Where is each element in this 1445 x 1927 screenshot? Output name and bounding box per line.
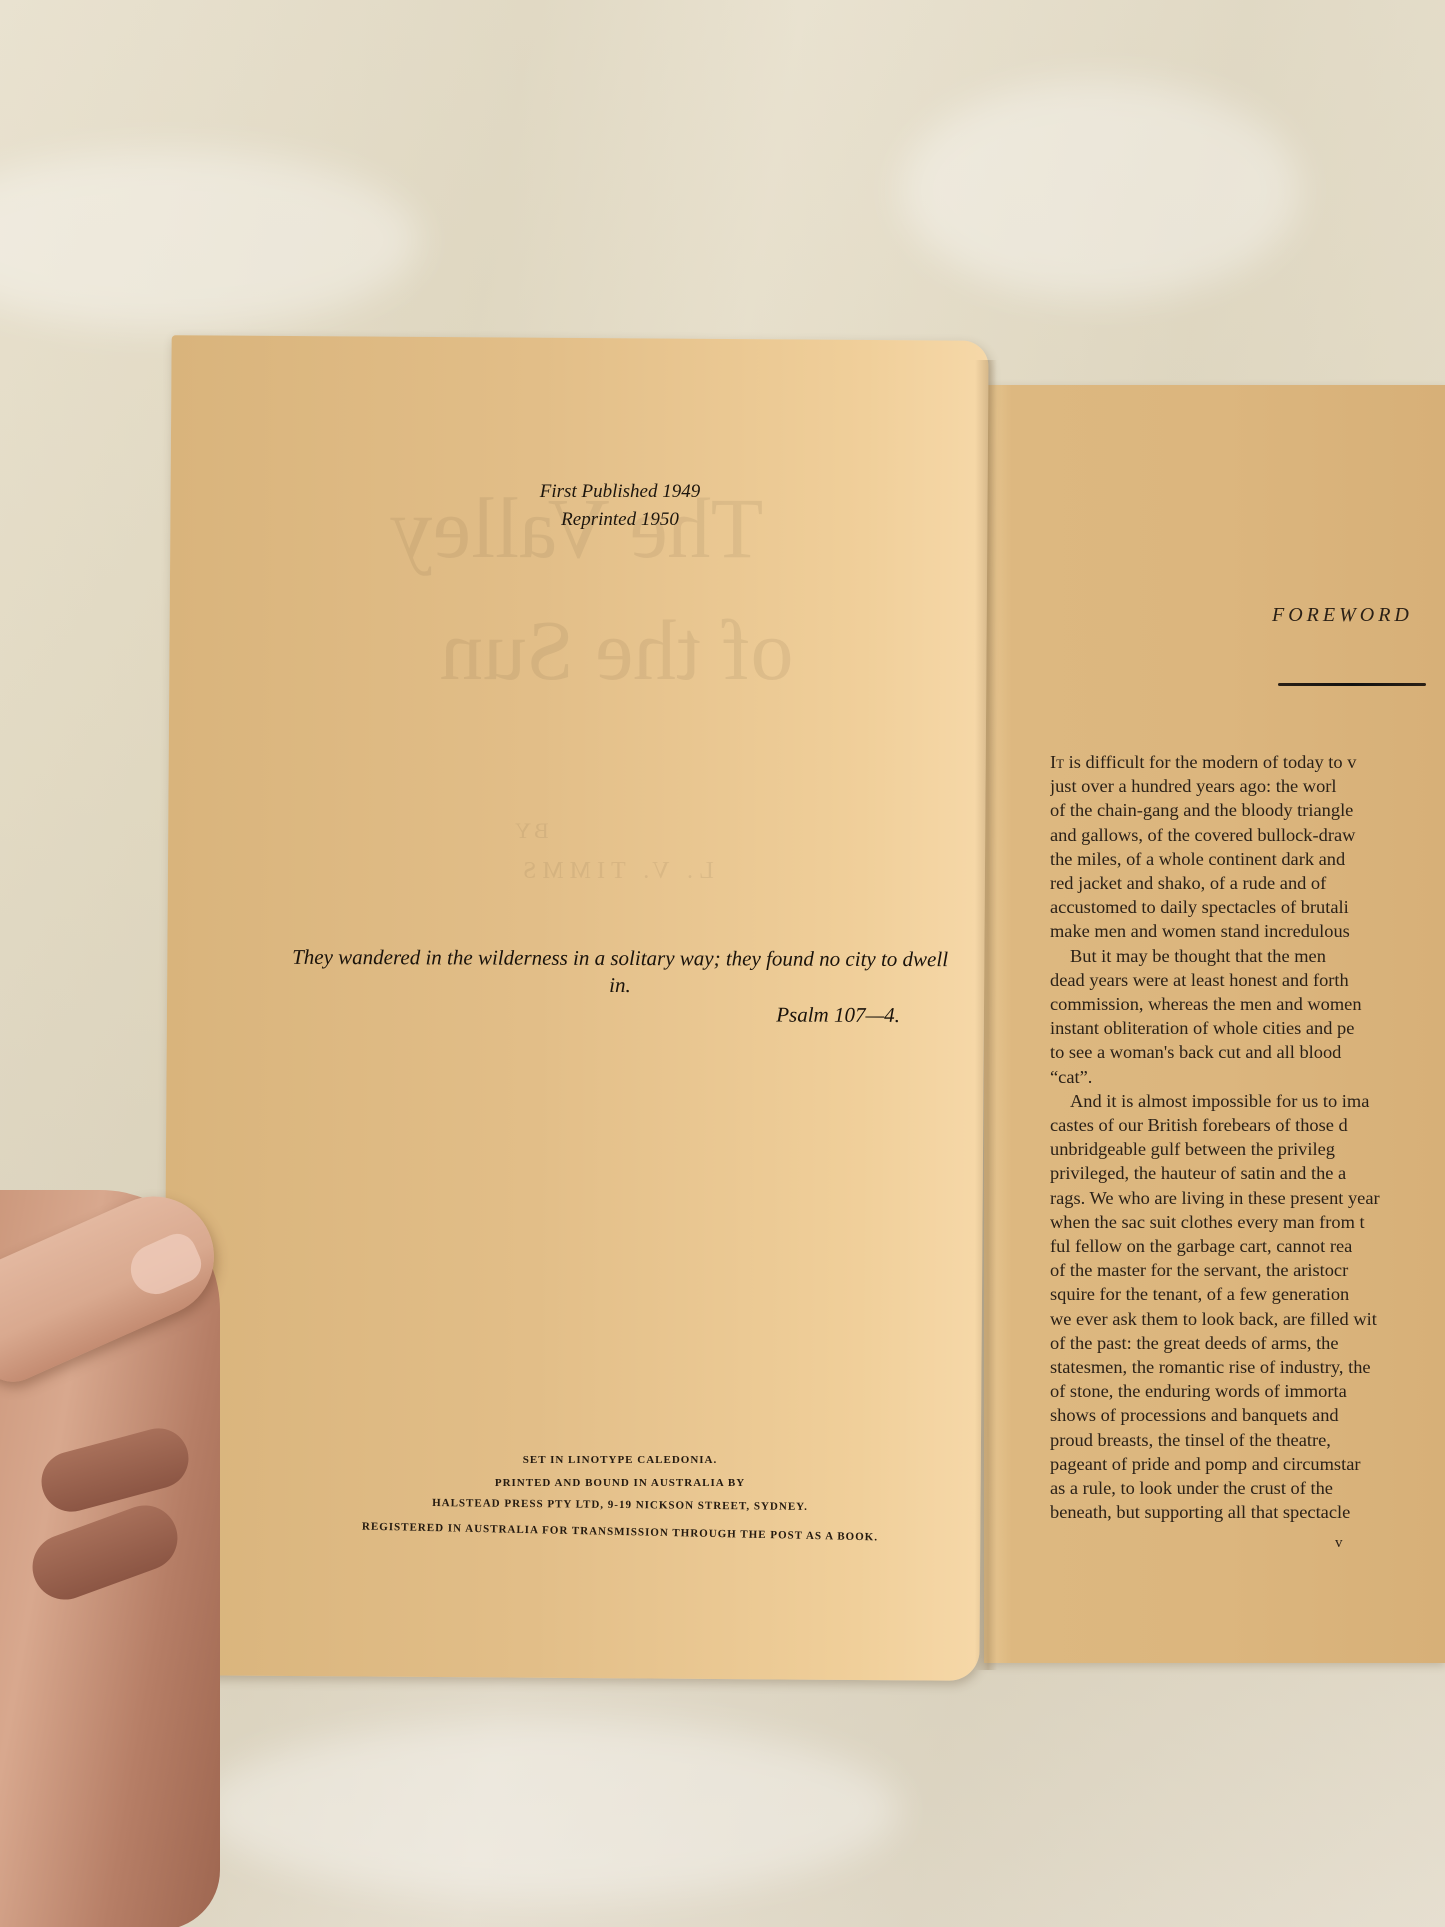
page-number: v	[1335, 1535, 1343, 1552]
foreword-heading: FOREWORD	[1272, 604, 1413, 627]
text-line: to see a woman's back cut and all blood	[1050, 1040, 1445, 1064]
ghost-author: L. V. TIMMS	[517, 858, 714, 885]
text-line: when the sac suit clothes every man from…	[1050, 1210, 1445, 1234]
text-line: castes of our British forebears of those…	[1050, 1113, 1445, 1137]
text-line: “cat”.	[1050, 1065, 1445, 1089]
text-line: instant obliteration of whole cities and…	[1050, 1016, 1445, 1040]
text-line: just over a hundred years ago: the worl	[1050, 774, 1445, 798]
text-line: accustomed to daily spectacles of brutal…	[1050, 895, 1445, 919]
epigraph-text: They wandered in the wilderness in a sol…	[292, 945, 948, 997]
text-line: proud breasts, the tinsel of the theatre…	[1050, 1428, 1445, 1452]
text-line: squire for the tenant, of a few generati…	[1050, 1282, 1445, 1306]
heading-rule	[1278, 683, 1426, 686]
imprint-line: Set in Linotype Caledonia.	[290, 1454, 950, 1466]
text-line: we ever ask them to look back, are fille…	[1050, 1307, 1445, 1331]
epigraph: They wandered in the wilderness in a sol…	[290, 944, 950, 1029]
text-line: And it is almost impossible for us to im…	[1050, 1089, 1445, 1113]
first-published: First Published 1949	[380, 481, 860, 503]
ghost-by: BY	[512, 818, 549, 844]
text-line: make men and women stand incredulous	[1050, 919, 1445, 943]
cloth-fold	[0, 150, 420, 330]
ghost-title-line2: of the Sun	[440, 600, 794, 700]
text-line: But it may be thought that the men	[1050, 944, 1445, 968]
text-line: commission, whereas the men and women	[1050, 992, 1445, 1016]
foreword-body: It is difficult for the modern of today …	[1050, 750, 1445, 1525]
text-line: the miles, of a whole continent dark and	[1050, 847, 1445, 871]
text-line: statesmen, the romantic rise of industry…	[1050, 1355, 1445, 1379]
text-line: as a rule, to look under the crust of th…	[1050, 1476, 1445, 1500]
text-line: dead years were at least honest and fort…	[1050, 968, 1445, 992]
text-line: shows of processions and banquets and	[1050, 1403, 1445, 1427]
imprint-line: Printed and bound in Australia by	[290, 1477, 950, 1489]
epigraph-citation: Psalm 107—4.	[290, 1000, 950, 1029]
cloth-fold	[200, 1720, 900, 1900]
reprinted: Reprinted 1950	[380, 509, 860, 531]
text-line: pageant of pride and pomp and circumstar	[1050, 1452, 1445, 1476]
text-line: privileged, the hauteur of satin and the…	[1050, 1161, 1445, 1185]
text-line: of the master for the servant, the arist…	[1050, 1258, 1445, 1282]
text-line: beneath, but supporting all that spectac…	[1050, 1500, 1445, 1524]
text-line: It is difficult for the modern of today …	[1050, 750, 1445, 774]
text-line: of the chain-gang and the bloody triangl…	[1050, 798, 1445, 822]
text-line: unbridgeable gulf between the privileg	[1050, 1137, 1445, 1161]
text-line: rags. We who are living in these present…	[1050, 1186, 1445, 1210]
cloth-fold	[900, 80, 1300, 300]
book-spine	[975, 360, 997, 1670]
text-line: ful fellow on the garbage cart, cannot r…	[1050, 1234, 1445, 1258]
text-line: red jacket and shako, of a rude and of	[1050, 871, 1445, 895]
text-line: of the past: the great deeds of arms, th…	[1050, 1331, 1445, 1355]
text-line: of stone, the enduring words of immorta	[1050, 1379, 1445, 1403]
text-line: and gallows, of the covered bullock-draw	[1050, 823, 1445, 847]
